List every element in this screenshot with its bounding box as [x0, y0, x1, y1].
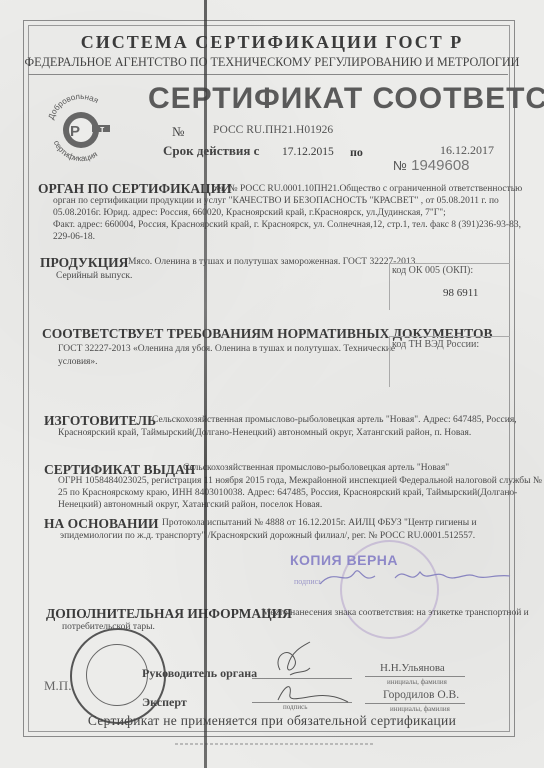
additional-info-line: Место нанесения знака соответствия: на э… [262, 607, 529, 619]
certification-body-line: 229-06-18. [53, 231, 95, 243]
expert-name-caption: инициалы, фамилия [390, 705, 450, 713]
product-heading: ПРОДУКЦИЯ [40, 255, 128, 271]
okp-value: 98 6911 [443, 287, 478, 299]
stamp-place-label: М.П. [44, 678, 71, 694]
basis-line: эпидемиологии по ж.д. транспорту" /Красн… [60, 530, 475, 542]
expert-name: Городилов О.В. [383, 689, 459, 701]
certificate-number: РОСС RU.ПН21.Н01926 [213, 124, 333, 136]
issued-to-line: 25 по Красноярскому краю, ИНН 8403010038… [58, 487, 517, 499]
manufacturer-line: Красноярский край, Таймырский(Долгано-Не… [58, 427, 471, 439]
certification-body-line: орган по сертификации продукции и услуг … [53, 195, 499, 207]
expert-signature-caption: подпись [283, 703, 307, 711]
issued-to-line: Ненецкий) автономный округ, Хатангский р… [58, 499, 322, 511]
agency-name: ФЕДЕРАЛЬНОЕ АГЕНТСТВО ПО ТЕХНИЧЕСКОМУ РЕ… [0, 55, 544, 70]
head-of-body-label: Руководитель органа [142, 666, 257, 681]
rst-logo-icon: Добровольная сертификация Р т [40, 92, 122, 164]
certification-body-line: рег. № РОСС RU.0001.10ПН21.Общество с ог… [212, 183, 522, 195]
issued-to-line: ОГРН 1058484023025, регистрация 11 ноябр… [58, 475, 542, 487]
organization-seal-inner [86, 644, 148, 706]
issued-to-line: Сельскохозяйственная промыслово-рыболове… [183, 462, 449, 474]
expert-signature-icon [270, 680, 350, 705]
handwritten-signature-icon [315, 562, 525, 592]
form-number: № 1949608 [393, 157, 470, 174]
head-name-caption: инициалы, фамилия [387, 678, 447, 686]
form-number-label: № [393, 158, 407, 173]
header-divider [28, 74, 508, 75]
okp-label: код ОК 005 (ОКП): [392, 265, 473, 276]
head-name-line [365, 676, 465, 677]
additional-info-heading: ДОПОЛНИТЕЛЬНАЯ ИНФОРМАЦИЯ [46, 606, 292, 622]
certification-body-line: Факт. адрес: 660004, Россия, Красноярски… [53, 219, 521, 231]
certificate-title: СЕРТИФИКАТ СООТВЕТСТВИЯ [148, 82, 544, 116]
tnved-label: код ТН ВЭД России: [392, 339, 479, 350]
number-label: № [172, 124, 184, 140]
certification-body-line: 05.08.2016г. Юрид. адрес: Россия, 660020… [53, 207, 446, 219]
expert-label: Эксперт [142, 695, 187, 710]
certificate-page: СИСТЕМА СЕРТИФИКАЦИИ ГОСТ Р ФЕДЕРАЛЬНОЕ … [0, 0, 544, 768]
paper-fold-line [204, 0, 207, 768]
expert-name-line [365, 703, 465, 704]
system-title: СИСТЕМА СЕРТИФИКАЦИИ ГОСТ Р [0, 32, 544, 53]
validity-label: Срок действия с [163, 143, 259, 159]
head-name: Н.Н.Ульянова [380, 662, 445, 674]
svg-text:т: т [100, 124, 105, 134]
basis-line: Протокола испытаний № 4888 от 16.12.2015… [162, 517, 477, 529]
voluntary-certification-note: Сертификат не применяется при обязательн… [0, 713, 544, 729]
valid-to-label: по [350, 145, 363, 160]
product-line: Мясо. Оленина в тушах и полутушах заморо… [128, 256, 418, 268]
svg-text:Р: Р [70, 123, 80, 140]
conformity-line: ГОСТ 32227-2013 «Оленина для убоя. Олени… [58, 343, 395, 355]
valid-to: 16.12.2017 [440, 143, 494, 158]
product-line: Серийный выпуск. [56, 270, 132, 282]
head-signature-icon [270, 640, 315, 682]
conformity-line: условия». [58, 356, 98, 368]
valid-from: 17.12.2015 [282, 146, 334, 158]
form-number-value: 1949608 [411, 157, 469, 174]
